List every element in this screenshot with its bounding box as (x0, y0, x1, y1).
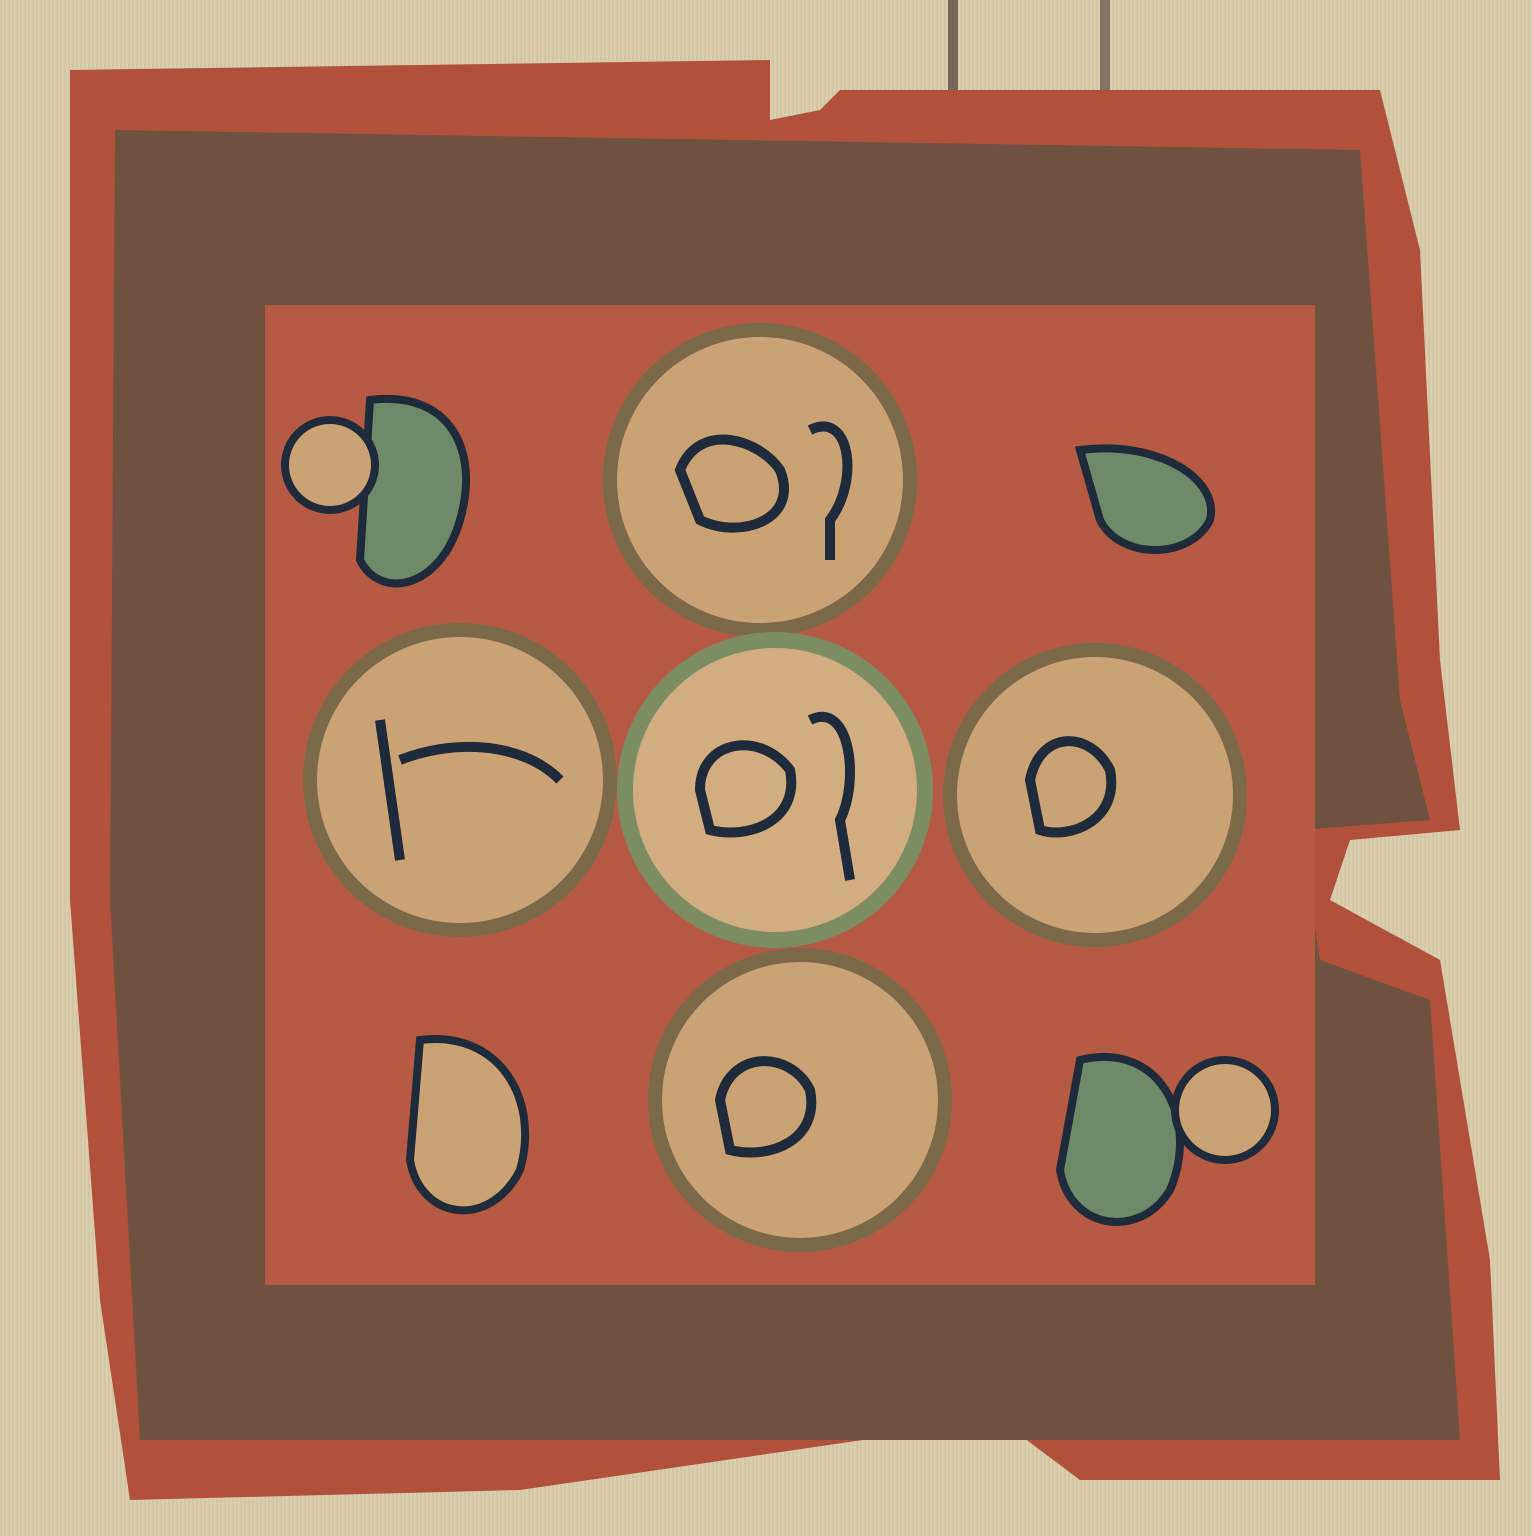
tapestry-illustration (0, 0, 1532, 1536)
textile-photo (0, 0, 1532, 1536)
